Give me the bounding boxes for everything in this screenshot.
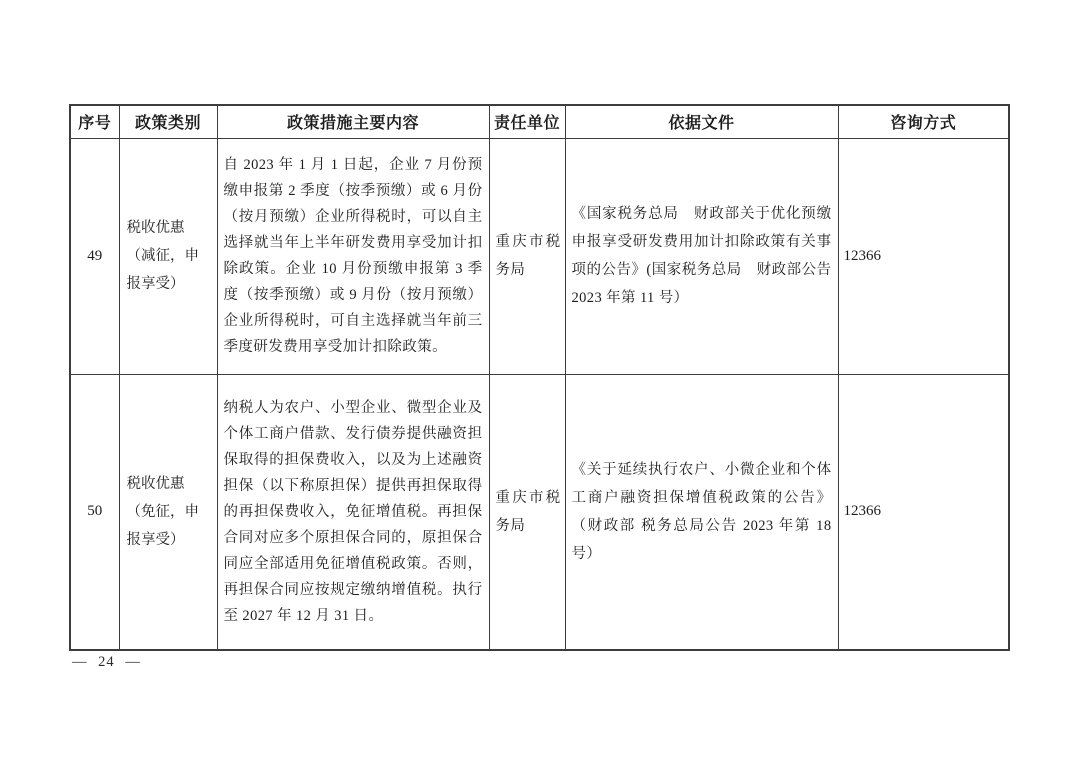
- header-seq: 序号: [70, 105, 119, 138]
- cell-seq: 50: [70, 374, 119, 650]
- cell-unit: 重庆市税务局: [489, 138, 565, 374]
- cell-contact: 12366: [838, 138, 1009, 374]
- table-row: 50 税收优惠 （免征，申 报享受） 纳税人为农户、小型企业、微型企业及个体工商…: [70, 374, 1009, 650]
- cell-content: 自 2023 年 1 月 1 日起，企业 7 月份预缴申报第 2 季度（按季预缴…: [217, 138, 489, 374]
- cell-basis: 《关于延续执行农户、小微企业和个体工商户融资担保增值税政策的公告》（财政部 税务…: [565, 374, 838, 650]
- cell-basis: 《国家税务总局 财政部关于优化预缴申报享受研发费用加计扣除政策有关事项的公告》(…: [565, 138, 838, 374]
- table-header-row: 序号 政策类别 政策措施主要内容 责任单位 依据文件 咨询方式: [70, 105, 1009, 138]
- cell-category: 税收优惠 （减征，申 报享受）: [119, 138, 217, 374]
- cell-category: 税收优惠 （免征，申 报享受）: [119, 374, 217, 650]
- document-page: 序号 政策类别 政策措施主要内容 责任单位 依据文件 咨询方式 49 税收优惠 …: [0, 0, 1074, 757]
- cell-contact: 12366: [838, 374, 1009, 650]
- header-content: 政策措施主要内容: [217, 105, 489, 138]
- cell-unit: 重庆市税务局: [489, 374, 565, 650]
- table-row: 49 税收优惠 （减征，申 报享受） 自 2023 年 1 月 1 日起，企业 …: [70, 138, 1009, 374]
- cell-content: 纳税人为农户、小型企业、微型企业及个体工商户借款、发行债券提供融资担保取得的担保…: [217, 374, 489, 650]
- header-basis: 依据文件: [565, 105, 838, 138]
- header-contact: 咨询方式: [838, 105, 1009, 138]
- page-number: — 24 —: [72, 654, 141, 671]
- header-category: 政策类别: [119, 105, 217, 138]
- header-unit: 责任单位: [489, 105, 565, 138]
- policy-table: 序号 政策类别 政策措施主要内容 责任单位 依据文件 咨询方式 49 税收优惠 …: [69, 104, 1010, 651]
- cell-seq: 49: [70, 138, 119, 374]
